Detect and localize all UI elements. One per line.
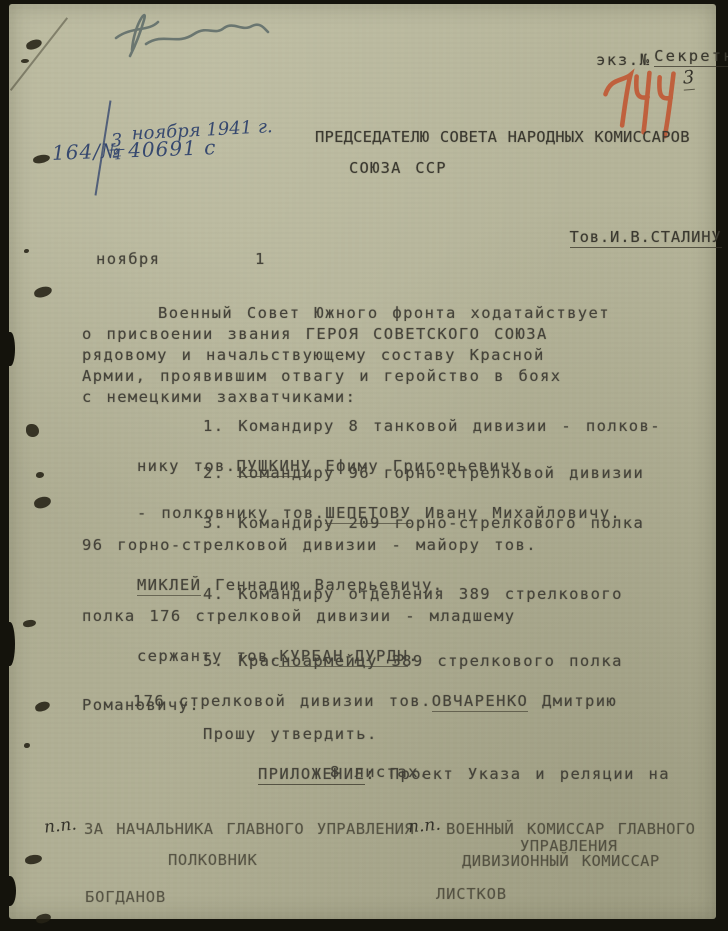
recipient-title: ПРЕДСЕДАТЕЛЮ СОВЕТА НАРОДНЫХ КОМИССАРОВ xyxy=(315,128,690,146)
addressee: Тов.И.В.СТАЛИНУ xyxy=(517,210,722,264)
award-item-3-line2: 96 горно-стрелковой дивизии - майору тов… xyxy=(82,536,537,554)
award-item-5-line3: Романовичу. xyxy=(82,696,200,714)
intro-line: с немецкими захватчиками: xyxy=(82,388,356,406)
dateline-month: ноября xyxy=(96,250,160,268)
paper-edge-tear xyxy=(6,332,15,366)
surname: МИКЛЕЙ xyxy=(137,576,201,596)
handwritten-scrawl-mark xyxy=(102,2,272,66)
award-item-1-line1: 1. Командиру 8 танковой дивизии - полков… xyxy=(203,417,661,435)
award-item-5-line1: 5. Красноармейцу 389 стрелкового полка xyxy=(203,652,623,670)
recipient-org: СОЮЗА ССР xyxy=(349,159,447,177)
award-item-3-line1: 3. Командиру 209 горно-стрелкового полка xyxy=(203,514,644,532)
ink-blot xyxy=(35,913,51,924)
signature-right-name: ЛИСТКОВ xyxy=(436,885,507,903)
pp-mark-right: п.п. xyxy=(407,815,441,838)
award-item-4-line1: 4. Командиру отделения 389 стрелкового xyxy=(203,585,623,603)
intro-line: Армии, проявившим отвагу и геройство в б… xyxy=(82,367,561,385)
award-item-4-line2: полка 176 стрелковой дивизии - младшему xyxy=(82,607,516,625)
signature-right-rank: ДИВИЗИОННЫЙ КОМИССАР xyxy=(462,852,660,870)
paper-edge-tear xyxy=(4,876,16,906)
signature-left-rank: ПОЛКОВНИК xyxy=(168,851,257,869)
paper-edge-tear xyxy=(5,622,15,666)
intro-line: о присвоении звания ГЕРОЯ СОВЕТСКОГО СОЮ… xyxy=(82,325,548,343)
intro-line: рядовому и начальствующему составу Красн… xyxy=(82,346,545,364)
dateline-number: 1 xyxy=(255,250,266,268)
award-item-2-line1: 2. Командиру 96 горно-стрелковой дивизии xyxy=(203,464,644,482)
signature-left-name: БОГДАНОВ xyxy=(85,888,166,906)
closing-line: Прошу утвердить. xyxy=(203,725,378,743)
signature-right-title-line1: ВОЕННЫЙ КОМИССАР ГЛАВНОГО xyxy=(446,820,695,838)
intro-line: Военный Совет Южного фронта ходатайствуе… xyxy=(158,304,610,322)
scanned-document-page: Секретно экз.№ 3 3 4 ноября 1941 г. 164/… xyxy=(0,0,728,931)
ink-blot xyxy=(26,424,39,437)
attachment-line2: 8 листах. xyxy=(330,763,430,781)
attachment-line: ПРИЛОЖЕНИЕ: Проект Указа и реляции на xyxy=(203,747,670,801)
pp-mark-left: п.п. xyxy=(43,814,78,837)
surname: ОВЧАРЕНКО xyxy=(432,692,529,712)
signature-left-title: ЗА НАЧАЛЬНИКА ГЛАВНОГО УПРАВЛЕНИЯ xyxy=(84,820,414,838)
